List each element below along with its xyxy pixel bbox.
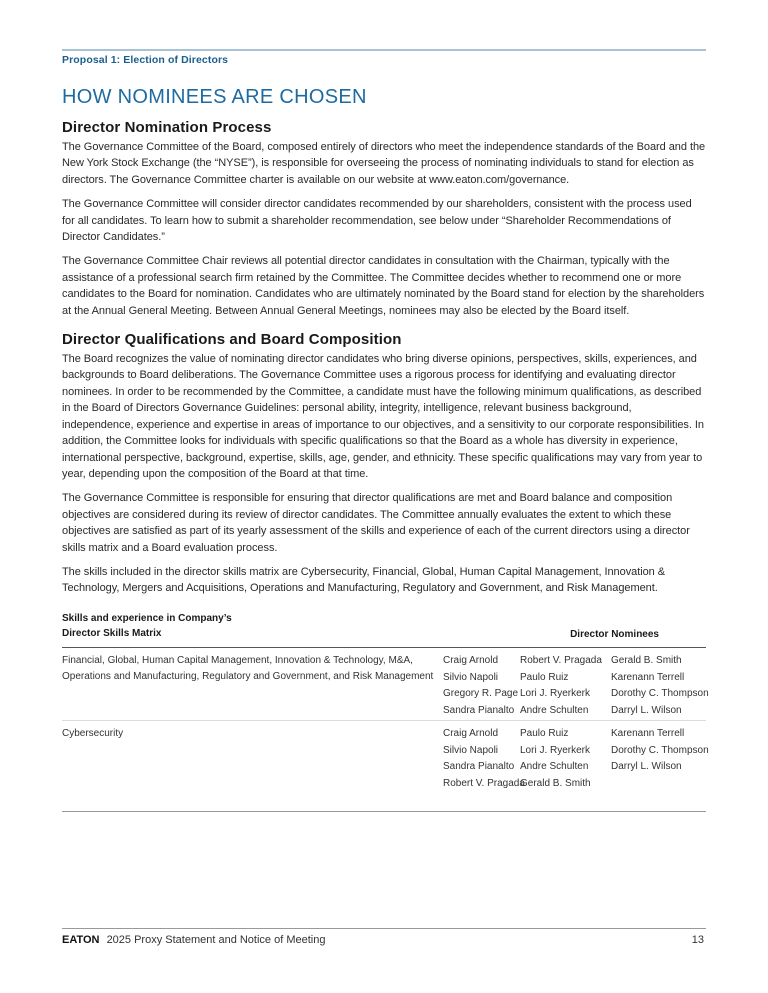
matrix-nominees: Craig Arnold Silvio Napoli Gregory R. Pa… <box>443 653 706 720</box>
nominee-name: Craig Arnold <box>443 726 520 743</box>
nominee-column: Robert V. Pragada Paulo Ruiz Lori J. Rye… <box>520 653 611 720</box>
nominee-name: Gerald B. Smith <box>520 776 611 793</box>
nominee-name: Lori J. Ryerkerk <box>520 743 611 760</box>
paragraph: The Governance Committee of the Board, c… <box>62 139 706 188</box>
nominee-column: Paulo Ruiz Lori J. Ryerkerk Andre Schult… <box>520 726 611 811</box>
section-label: Proposal 1: Election of Directors <box>62 54 228 66</box>
paragraph: The Board recognizes the value of nomina… <box>62 351 706 482</box>
paragraph: The skills included in the director skil… <box>62 564 706 597</box>
heading-director-qualifications: Director Qualifications and Board Compos… <box>62 331 706 348</box>
footer-brand-logo: EATON <box>62 934 100 946</box>
matrix-nominees: Craig Arnold Silvio Napoli Sandra Pianal… <box>443 726 706 811</box>
paragraph: The Governance Committee Chair reviews a… <box>62 253 706 319</box>
nominee-column: Karenann Terrell Dorothy C. Thompson Dar… <box>611 726 706 811</box>
nominee-name: Paulo Ruiz <box>520 670 611 687</box>
page-title: HOW NOMINEES ARE CHOSEN <box>62 86 367 109</box>
nominee-name: Dorothy C. Thompson <box>611 743 706 760</box>
header-rule <box>62 49 706 51</box>
nominee-name: Lori J. Ryerkerk <box>520 686 611 703</box>
page-number: 13 <box>692 934 704 946</box>
nominee-name: Karenann Terrell <box>611 726 706 743</box>
nominee-name: Craig Arnold <box>443 653 520 670</box>
matrix-skill: Cybersecurity <box>62 726 443 811</box>
nominee-name: Darryl L. Wilson <box>611 703 706 720</box>
nominee-name: Sandra Pianalto <box>443 759 520 776</box>
paragraph: The Governance Committee will consider d… <box>62 196 706 245</box>
nominee-name: Robert V. Pragada <box>443 776 520 793</box>
footer-rule <box>62 928 706 929</box>
matrix-skill: Financial, Global, Human Capital Managem… <box>62 653 443 720</box>
nominee-column: Craig Arnold Silvio Napoli Gregory R. Pa… <box>443 653 520 720</box>
director-skills-matrix: Skills and experience in Company’s Direc… <box>62 612 706 812</box>
nominee-name: Sandra Pianalto <box>443 703 520 720</box>
nominee-column: Craig Arnold Silvio Napoli Sandra Pianal… <box>443 726 520 811</box>
matrix-row: Financial, Global, Human Capital Managem… <box>62 648 706 720</box>
nominee-name: Karenann Terrell <box>611 670 706 687</box>
page-footer: EATON 2025 Proxy Statement and Notice of… <box>62 934 706 946</box>
footer-title: 2025 Proxy Statement and Notice of Meeti… <box>107 934 326 946</box>
matrix-header-right: Director Nominees <box>570 628 659 643</box>
matrix-row: Cybersecurity Craig Arnold Silvio Napoli… <box>62 721 706 811</box>
nominee-name: Gerald B. Smith <box>611 653 706 670</box>
matrix-header-left-line1: Skills and experience in Company’s <box>62 612 706 627</box>
nominee-column: Gerald B. Smith Karenann Terrell Dorothy… <box>611 653 706 720</box>
nominee-name: Paulo Ruiz <box>520 726 611 743</box>
nominee-name: Andre Schulten <box>520 759 611 776</box>
nominee-name: Silvio Napoli <box>443 743 520 760</box>
matrix-header: Skills and experience in Company’s Direc… <box>62 612 706 644</box>
matrix-bottom-rule <box>62 811 706 812</box>
nominee-name: Darryl L. Wilson <box>611 759 706 776</box>
nominee-name: Robert V. Pragada <box>520 653 611 670</box>
heading-director-nomination-process: Director Nomination Process <box>62 119 706 136</box>
nominee-name: Silvio Napoli <box>443 670 520 687</box>
nominee-name: Dorothy C. Thompson <box>611 686 706 703</box>
nominee-name: Andre Schulten <box>520 703 611 720</box>
body-content: Director Nomination Process The Governan… <box>62 119 706 605</box>
nominee-name: Gregory R. Page <box>443 686 520 703</box>
paragraph: The Governance Committee is responsible … <box>62 490 706 556</box>
